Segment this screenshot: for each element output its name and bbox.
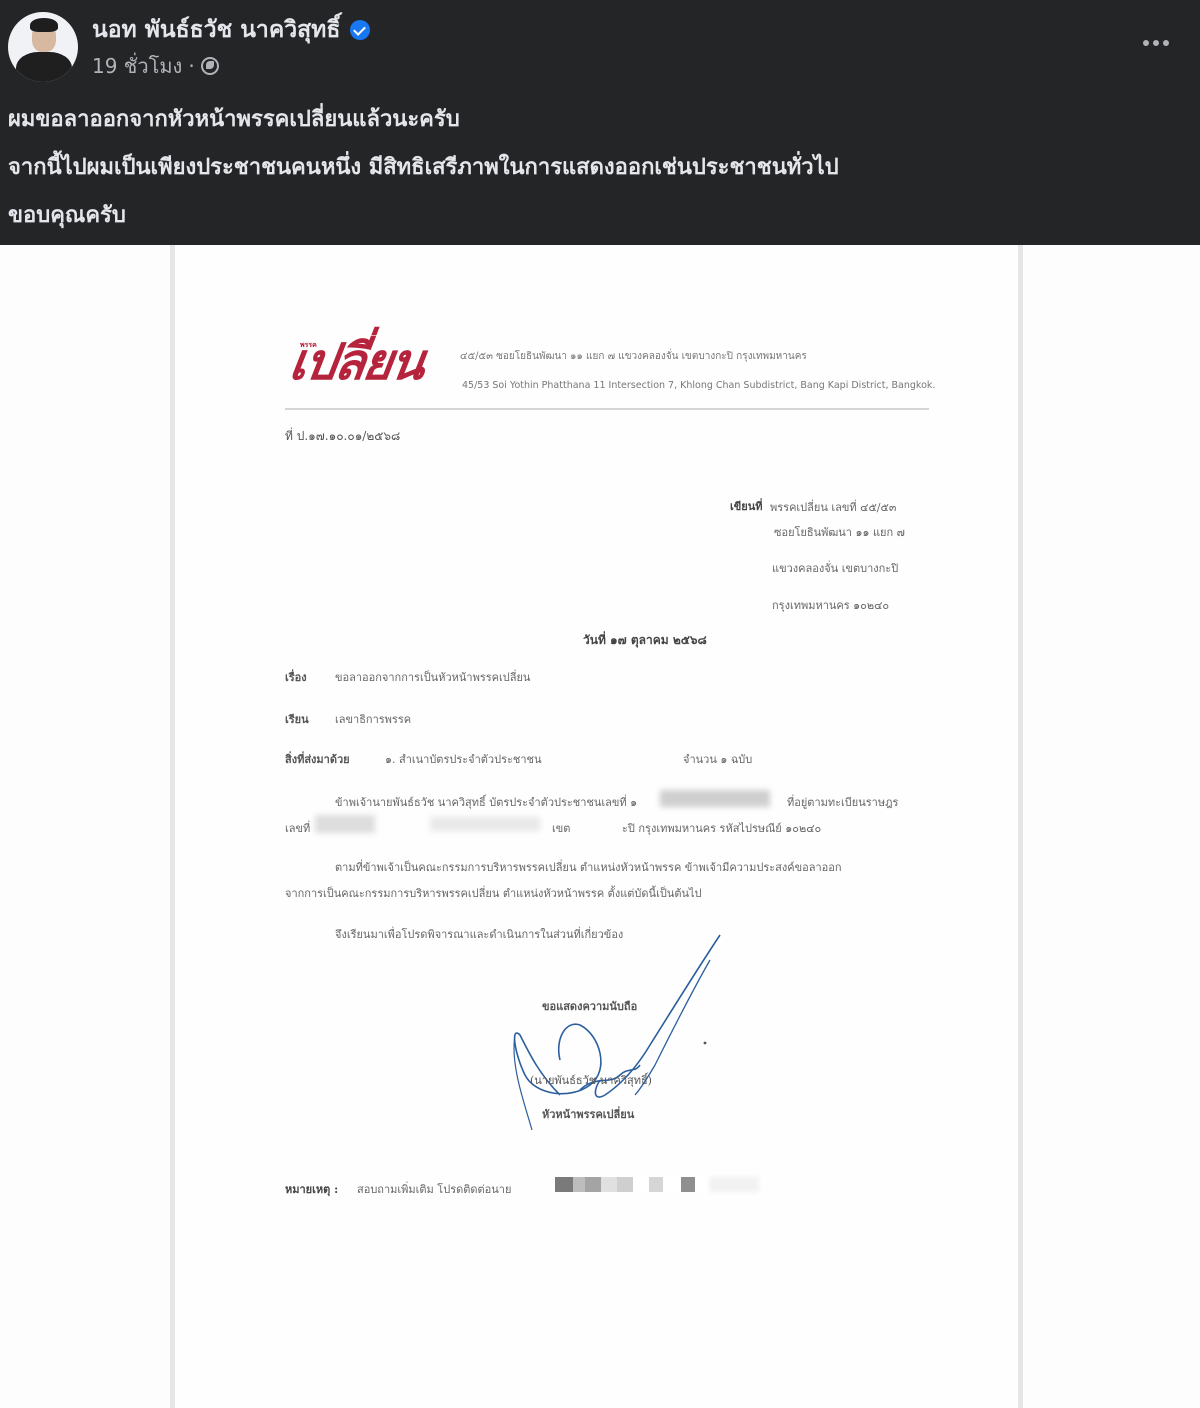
author-avatar[interactable] [8, 12, 78, 82]
paragraph-1-line-1b: ที่อยู่ตามทะเบียนราษฎร [787, 793, 898, 811]
verified-badge-icon [350, 20, 370, 40]
resignation-letter: เปลี่ยน พรรค ๔๕/๕๓ ซอยโยธินพัฒนา ๑๑ แยก … [0, 245, 1200, 1408]
written-at-line: พรรคเปลี่ยน เลขที่ ๔๕/๕๓ [770, 498, 896, 516]
letterhead-address-th: ๔๕/๕๓ ซอยโยธินพัฒนา ๑๑ แยก ๗ แขวงคลองจั่… [460, 349, 807, 364]
globe-icon[interactable] [201, 57, 219, 75]
more-dot-icon [1163, 40, 1169, 46]
author-name-row: นอท พันธ์ธวัช นาควิสุทธิ์ [92, 12, 370, 48]
redacted-address [315, 815, 375, 833]
enclosure-count: จำนวน ๑ ฉบับ [683, 750, 752, 768]
to-value: เลขาธิการพรรค [335, 710, 411, 728]
more-dot-icon [1153, 40, 1159, 46]
subject-value: ขอลาออกจากการเป็นหัวหน้าพรรคเปลี่ยน [335, 668, 530, 686]
paragraph-1-line-1a: ข้าพเจ้านายพันธ์ธวัช นาควิสุทธิ์ บัตรประ… [335, 793, 637, 811]
to-label: เรียน [285, 710, 309, 728]
post-photo[interactable]: เปลี่ยน พรรค ๔๕/๕๓ ซอยโยธินพัฒนา ๑๑ แยก … [0, 245, 1200, 1408]
written-at-line: กรุงเทพมหานคร ๑๐๒๔๐ [772, 596, 889, 614]
signer-name: (นายพันธ์ธวัช นาควิสุทธิ์) [530, 1071, 652, 1089]
post-text-line: ขอบคุณครับ [8, 192, 1188, 240]
post-header: นอท พันธ์ธวัช นาควิสุทธิ์ 19 ชั่วโมง · ผ… [0, 0, 1200, 245]
author-name-link[interactable]: นอท พันธ์ธวัช นาควิสุทธิ์ [92, 12, 340, 48]
handwritten-signature [500, 925, 740, 1135]
paragraph-1-line-2c: ะปิ กรุงเทพมหานคร รหัสไปรษณีย์ ๑๐๒๔๐ [622, 819, 821, 837]
paragraph-2-line-2: จากการเป็นคณะกรรมการบริหารพรรคเปลี่ยน ตำ… [285, 884, 702, 902]
post-timestamp[interactable]: 19 ชั่วโมง [92, 50, 182, 82]
more-options-button[interactable] [1134, 30, 1178, 56]
letterhead-divider [285, 408, 929, 410]
redacted-contact [555, 1177, 759, 1192]
note-label: หมายเหตุ : [285, 1180, 338, 1198]
signer-title: หัวหน้าพรรคเปลี่ยน [542, 1105, 634, 1123]
paragraph-1-line-2a: เลขที่ [285, 819, 310, 837]
document-number: ที่ ป.๑๗.๑๐.๐๑/๒๕๖๘ [285, 427, 400, 446]
subject-label: เรื่อง [285, 668, 307, 686]
post-text-line: ผมขอลาออกจากหัวหน้าพรรคเปลี่ยนแล้วนะครับ [8, 96, 1188, 144]
redacted-address [430, 817, 540, 831]
written-at-label: เขียนที่ [730, 497, 763, 515]
more-dot-icon [1143, 40, 1149, 46]
party-logo-small-text: พรรค [300, 340, 317, 351]
enclosure-value: ๑. สำเนาบัตรประจำตัวประชาชน [385, 750, 542, 768]
post-text: ผมขอลาออกจากหัวหน้าพรรคเปลี่ยนแล้วนะครับ… [8, 96, 1188, 240]
post-meta: 19 ชั่วโมง · [92, 50, 219, 82]
party-logo: เปลี่ยน [284, 323, 428, 402]
note-text: สอบถามเพิ่มเติม โปรดติดต่อนาย [357, 1180, 511, 1198]
enclosure-label: สิ่งที่ส่งมาด้วย [285, 750, 350, 768]
paragraph-1-line-2b: เขต [552, 819, 570, 837]
written-at-line: แขวงคลองจั่น เขตบางกะปิ [772, 559, 898, 577]
redacted-id-number [660, 790, 770, 807]
post-text-line: จากนี้ไปผมเป็นเพียงประชาชนคนหนึ่ง มีสิทธ… [8, 144, 1188, 192]
paragraph-2-line-1: ตามที่ข้าพเจ้าเป็นคณะกรรมการบริหารพรรคเป… [335, 858, 842, 876]
written-at-line: ซอยโยธินพัฒนา ๑๑ แยก ๗ [774, 523, 905, 541]
letterhead-address-en: 45/53 Soi Yothin Phatthana 11 Intersecti… [462, 380, 935, 391]
letter-date: วันที่ ๑๗ ตุลาคม ๒๕๖๘ [583, 631, 707, 650]
meta-separator: · [188, 54, 194, 78]
